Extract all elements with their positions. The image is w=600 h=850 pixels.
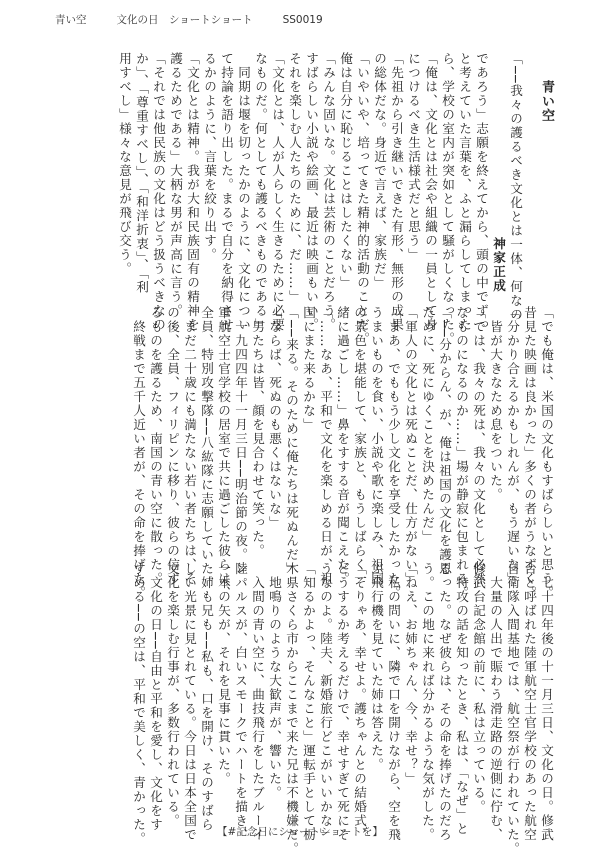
text-line: 男たちは皆、顔を見合わせて笑った。	[249, 306, 266, 550]
text-band-bottom: 七十四年後の十一月三日、文化の日。修武 台と呼ばれた陸軍航空士官学校のあった航空…	[45, 562, 555, 810]
author-name: 神家正成	[490, 52, 507, 292]
text-line: 一九四四年十一月三日──明治節の夜。陸	[232, 306, 249, 550]
text-line: どうするか考えるだけで、幸せすぎて死にそ	[334, 562, 351, 810]
text-line: すばらしい小説や絵画、最近は映画もいい。	[303, 52, 320, 292]
text-line: の後、全員、フィリピンに移り、彼らの信ず	[164, 306, 181, 550]
text-line: であろう」志願を終えてから、頭の中でずっ	[473, 52, 490, 292]
text-line: 大量の人出で賑わう滑走路の逆側に佇む、	[487, 562, 504, 810]
text-line: 護るためである」大柄な男が声高に言う。	[167, 52, 184, 292]
text-line: 「文化とは、人が人らしく生きるために必要	[269, 52, 286, 292]
text-line: 修武台記念館の前に、私は立っている。	[470, 562, 487, 810]
text-line: ぶ飛行機を見ていた姉は答えた。	[368, 562, 385, 810]
text-band-top: 青い空 「──我々の護るべき文化とは一体、何なの 神家正成 であろう」志願を終え…	[45, 52, 555, 292]
text-line: か」、「尊重すべし」、「和洋折衷」、「利	[133, 52, 150, 292]
footer-hashtag: 【#記念日にショートショートを】	[0, 824, 600, 839]
text-line: それを楽しむ人たちのために、だ……」	[286, 52, 303, 292]
text-line: 同期は堰を切ったかのように、文化につい	[235, 52, 252, 292]
text-line: 軍航空士官学校の居室で共に過ごした彼らは、	[215, 306, 232, 550]
text-line: 「まあ、でももう少し文化を享受したかった。	[385, 306, 402, 550]
text-line: 思った。なぜ彼らは、その命を捧げたのだろ	[436, 562, 453, 810]
story-title: 青い空	[538, 52, 555, 292]
text-line: 入間の青い空に、曲技飛行をしたブルーイ	[249, 562, 266, 810]
text-line: まだ二十歳にも満たない若い者たちは、そ	[181, 306, 198, 550]
text-line: 「俺は、文化とは社会や組織の一員として身	[422, 52, 439, 292]
text-line: なものだ。何としても護るべきものである」	[252, 52, 269, 292]
text-line: 私の問いに、隣で口を開けながら、空を飛	[385, 562, 402, 810]
text-line: 「分かり合えるかもしれんが、もう遅いな」	[504, 306, 521, 550]
text-line: 緒に過ごし……」鼻をすする音が聞こえた。	[334, 306, 351, 550]
text-line: しい光景に見とれている。今日は日本全国で	[181, 562, 198, 810]
text-line: 国にまた来るかな」	[300, 306, 317, 550]
text-line: 「そりゃあ、幸せよ。護ちゃんとの結婚式、	[351, 562, 368, 810]
text-line: 文化の日──自由と平和を愛し、文化をす	[147, 562, 164, 810]
text-line: 「でも俺は、米国の文化もすばらしいと思う。	[538, 306, 555, 550]
text-line: 「文化とは精神。我が大和民族固有の精神を	[184, 52, 201, 292]
text-line: 地鳴りのような大歓声が、響いた。	[266, 562, 283, 810]
text-line: 文化を楽しむ行事が、多数行われている。	[164, 562, 181, 810]
text-line: て持論を語り出した。まるで自分を納得させ	[218, 52, 235, 292]
text-line: 俺は自分に恥じることはしたくない」	[337, 52, 354, 292]
text-line: 「──来る。そのために俺たちは死ぬんだ」	[283, 306, 300, 550]
text-line: につけるべき生活様式だと思う」	[405, 52, 422, 292]
text-line: 木県さくら市からここまで来た兄は不機嫌だ。	[283, 562, 300, 810]
text-line: 「みんな固いな。文化は芸術のことだろう。	[320, 52, 337, 292]
text-line: の総体だな。身近で言えば、家族だ」	[371, 52, 388, 292]
header-series: 文化の日 ショートショート	[117, 14, 253, 26]
text-line: 「──我々の護るべき文化とは一体、何なの	[507, 52, 524, 292]
text-line: の景色を堪能して、家族と、もうしばらく一	[351, 306, 368, 550]
text-band-middle: 「でも俺は、米国の文化もすばらしいと思う。 昔見た映画は良かった」多くの者がうな…	[45, 306, 555, 550]
text-line: すめる──の空は、平和で美しく、青かった。	[130, 562, 147, 810]
text-line: 七十四年後の十一月三日、文化の日。修武	[538, 562, 555, 810]
text-line: 姉も兄も──私も、口を開け、そのすばら	[198, 562, 215, 810]
text-line: ために、死にゆくことを決めたんだ」	[419, 306, 436, 550]
text-line: ンパルスが、白いスモークでハートを描き、	[232, 562, 249, 810]
text-line: 昔見た映画は良かった」多くの者がうなずく。	[521, 306, 538, 550]
text-line: と考えていた言葉を、ふと漏らしてしまった	[456, 52, 473, 292]
text-line: 「ねえ、お姉ちゃん、今、幸せ？」	[402, 562, 419, 810]
text-line: 皆が大きなため息をついた。	[487, 306, 504, 550]
text-line: なものになるのか……」場が静寂に包まれる。	[453, 306, 470, 550]
text-line: うまいものを食い、小説や歌に楽しみ、祖国	[368, 306, 385, 550]
text-line: るかのように、言葉を絞り出す。	[201, 52, 218, 292]
text-line: 「ならば、死ぬのも悪くはないな」	[266, 306, 283, 550]
text-line: 「──分からん、が、俺は祖国の文化を護る	[436, 306, 453, 550]
text-line: うなのよ。陸夫、新婚旅行どこがいいかな」	[317, 562, 334, 810]
text-line: ら、学校の室内が突如として騒がしくなった。	[439, 52, 456, 292]
text-line: 「軍人の文化とは死ぬことだ、仕方がない」	[402, 306, 419, 550]
text-line: 「では、我々の死は、我々の文化として必然	[470, 306, 487, 550]
text-line: 自衛隊入間基地では、航空祭が行われていた。	[504, 562, 521, 810]
text-line: 用すべし」様々な意見が飛び交う。	[116, 52, 133, 292]
text-line: 特攻の話を知ったとき、私は、「なぜ」と	[453, 562, 470, 810]
text-line: 一本の矢が、それを見事に貫いた。	[215, 562, 232, 810]
header-title: 青い空	[55, 14, 87, 26]
text-line: 「いやいや、培ってきた精神的活動のことだ。	[354, 52, 371, 292]
text-line: う。この地に来れば分かるような気がした。	[419, 562, 436, 810]
text-line: 台と呼ばれた陸軍航空士官学校のあった航空	[521, 562, 538, 810]
text-line: 全員、特別攻撃隊──八紘隊に志願していた。	[198, 306, 215, 550]
text-line: 終戦まで五千人近い者が、その命を捧げた。	[130, 306, 147, 550]
text-line: 「先祖から引き継いできた有形、無形の成果	[388, 52, 405, 292]
header-code: SS0019	[283, 14, 323, 26]
text-line: るものを護るため、南国の青い空に散った。	[147, 306, 164, 550]
text-line: 「……なあ、平和で文化を楽しめる日が、祖	[317, 306, 334, 550]
text-line: 「それでは他民族の文化はどう扱うべきなの	[150, 52, 167, 292]
text-line: 「知るかよっ、そんなこと」運転手として栃	[300, 562, 317, 810]
page-header: 青い空文化の日 ショートショートSS0019	[55, 12, 353, 27]
